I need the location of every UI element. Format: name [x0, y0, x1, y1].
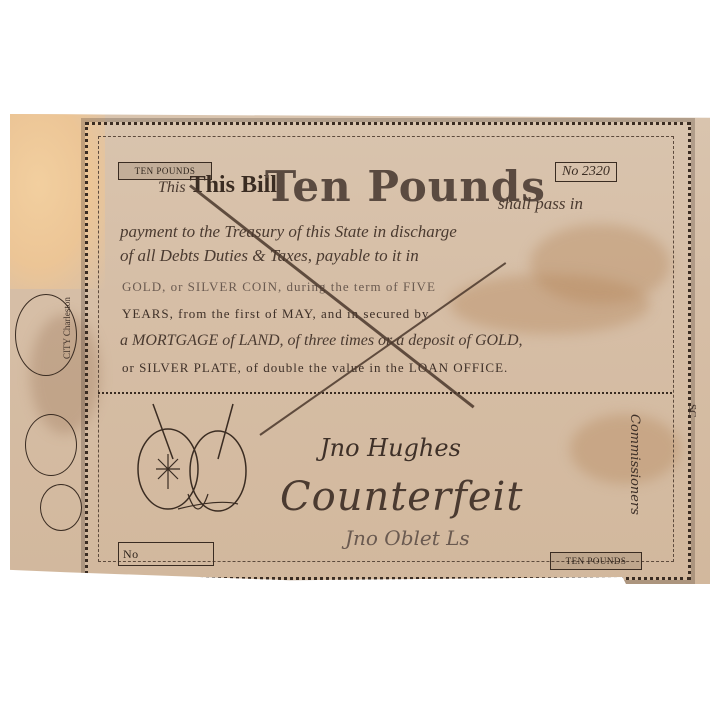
flourish-icon: [25, 414, 77, 476]
right-vertical-signature: Commissioners: [627, 414, 642, 515]
flourish-icon: [15, 294, 77, 376]
counterfeit-mark: Counterfeit: [280, 474, 523, 520]
serial-number: No 2320: [562, 164, 610, 179]
bottom-right-denomination-box: TEN POUNDS: [550, 552, 642, 570]
text-line-6: a MORTGAGE of LAND, of three times or a …: [120, 332, 523, 350]
bill-word: This This Bill: [158, 172, 277, 199]
text-line-5: YEARS, from the first of MAY, and in sec…: [122, 306, 429, 322]
serial-number-box: No 2320: [555, 162, 617, 182]
signature-2: Jno Oblet Ls: [345, 526, 470, 550]
text-line-7: or SILVER PLATE, of double the value in …: [122, 360, 508, 376]
bottom-left-number-box: No: [118, 542, 214, 566]
banknote: TEN POUNDS No 2320 This This Bill Ten Po…: [10, 114, 710, 584]
divider-line: [98, 392, 672, 394]
number-label: No: [123, 547, 139, 562]
text-line-2: payment to the Treasury of this State in…: [120, 222, 457, 242]
state-seal-icon: [128, 399, 258, 524]
shall-pass-text: shall pass in: [498, 194, 583, 214]
text-line-4: GOLD, or SILVER COIN, during the term of…: [122, 279, 436, 295]
right-margin-text: SC: [686, 404, 698, 417]
flourish-icon: [40, 484, 82, 531]
signature-1: Jno Hughes: [320, 434, 461, 462]
denomination-label: TEN POUNDS: [566, 556, 627, 566]
